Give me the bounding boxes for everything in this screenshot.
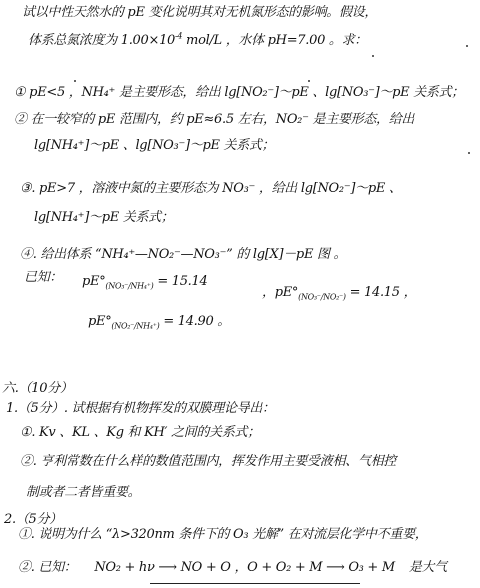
eq2-subscript: (NO₃⁻/NO₂⁻) xyxy=(298,293,346,302)
eq3-subscript: (NO₂⁻/NH₄⁺) xyxy=(111,322,159,331)
intro-line-1: 试以中性天然水的 pE 变化说明其对无机氮形态的影响。假设， xyxy=(22,5,377,21)
question-2-line-1: ② 在一较窄的 pE 范围内，约 pE≈6.5 左右，NO₂⁻ 是主要形态，给出 xyxy=(14,112,414,128)
stray-mark xyxy=(372,55,374,57)
section-6-part-2-q2: ②. 已知： NO₂ + hν ⟶ NO + O ，O + O₂ + M ⟶ O… xyxy=(18,560,447,576)
intro-line-2: 体系总氮浓度为 1.00×10-4 mol/L ，水体 pH=7.00 。求： xyxy=(28,33,367,49)
question-3-line-1: ③. pE>7 ，溶液中氮的主要形态为 NO₃⁻ ，给出 lg[NO₂⁻]～pE… xyxy=(20,181,402,197)
photolysis-equation: NO₂ + hν ⟶ NO + O ，O + O₂ + M ⟶ O₃ + M xyxy=(94,560,395,575)
question-3-line-2: lg[NH₄⁺]～pE 关系式； xyxy=(34,210,174,226)
known-label: 已知： xyxy=(24,270,62,286)
known-equation-2: ，pE°(NO₃⁻/NO₂⁻) = 14.15 ， xyxy=(262,285,416,301)
part-2-q2-tail: 是大气 xyxy=(409,560,447,575)
eq2-rhs: = 14.15 ， xyxy=(350,285,417,300)
question-1: ① pE<5 ，NH₄⁺ 是主要形态，给出 lg[NO₂⁻]～pE 、lg[NO… xyxy=(14,85,464,101)
section-6-part-2-title: 2.（5分） xyxy=(4,512,62,528)
stray-mark xyxy=(468,152,470,154)
eq3-rhs: = 14.90 。 xyxy=(163,314,230,329)
stray-mark xyxy=(308,80,310,82)
section-6-part-2-q1: ①. 说明为什么 “λ>320nm 条件下的 O₃ 光解” 在对流层化学中不重要… xyxy=(18,527,427,543)
stray-mark xyxy=(466,45,468,47)
intro-line-2-post: mol/L ，水体 pH=7.00 。求： xyxy=(182,33,367,48)
question-4: ④. 给出体系 “NH₄⁺—NO₂⁻—NO₃⁻” 的 lg[X]－pE 图 。 xyxy=(20,247,346,263)
question-2-line-2: lg[NH₄⁺]～pE 、lg[NO₃⁻]～pE 关系式； xyxy=(34,138,274,154)
known-equation-3: pE°(NO₂⁻/NH₄⁺) = 14.90 。 xyxy=(88,314,230,330)
section-6-part-1-q2-line-2: 制或者二者皆重要。 xyxy=(26,485,140,501)
eq1-rhs: = 15.14 xyxy=(157,274,207,289)
equation-underline xyxy=(150,583,360,584)
stray-mark xyxy=(74,80,76,82)
section-6-part-1-q2-line-1: ②. 亨利常数在什么样的数值范围内，挥发作用主要受液相、气相控 xyxy=(20,454,396,470)
eq3-lhs: pE° xyxy=(88,314,111,329)
intro-line-2-pre: 体系总氮浓度为 1.00×10 xyxy=(28,33,175,48)
section-6-part-1-title: 1.（5分）. 试根据有机物挥发的双膜理论导出： xyxy=(6,401,275,417)
section-6-title: 六.（10分） xyxy=(2,381,73,397)
eq1-lhs: pE° xyxy=(82,274,105,289)
known-equation-1: pE°(NO₃⁻/NH₄⁺) = 15.14 xyxy=(82,274,207,290)
eq2-lhs: ，pE° xyxy=(262,285,298,300)
section-6-part-1-q1: ①. Kv 、KL 、Kg 和 KH′ 之间的关系式； xyxy=(20,425,260,441)
part-2-q2-label: ②. 已知： xyxy=(18,560,76,575)
eq1-subscript: (NO₃⁻/NH₄⁺) xyxy=(105,282,153,291)
